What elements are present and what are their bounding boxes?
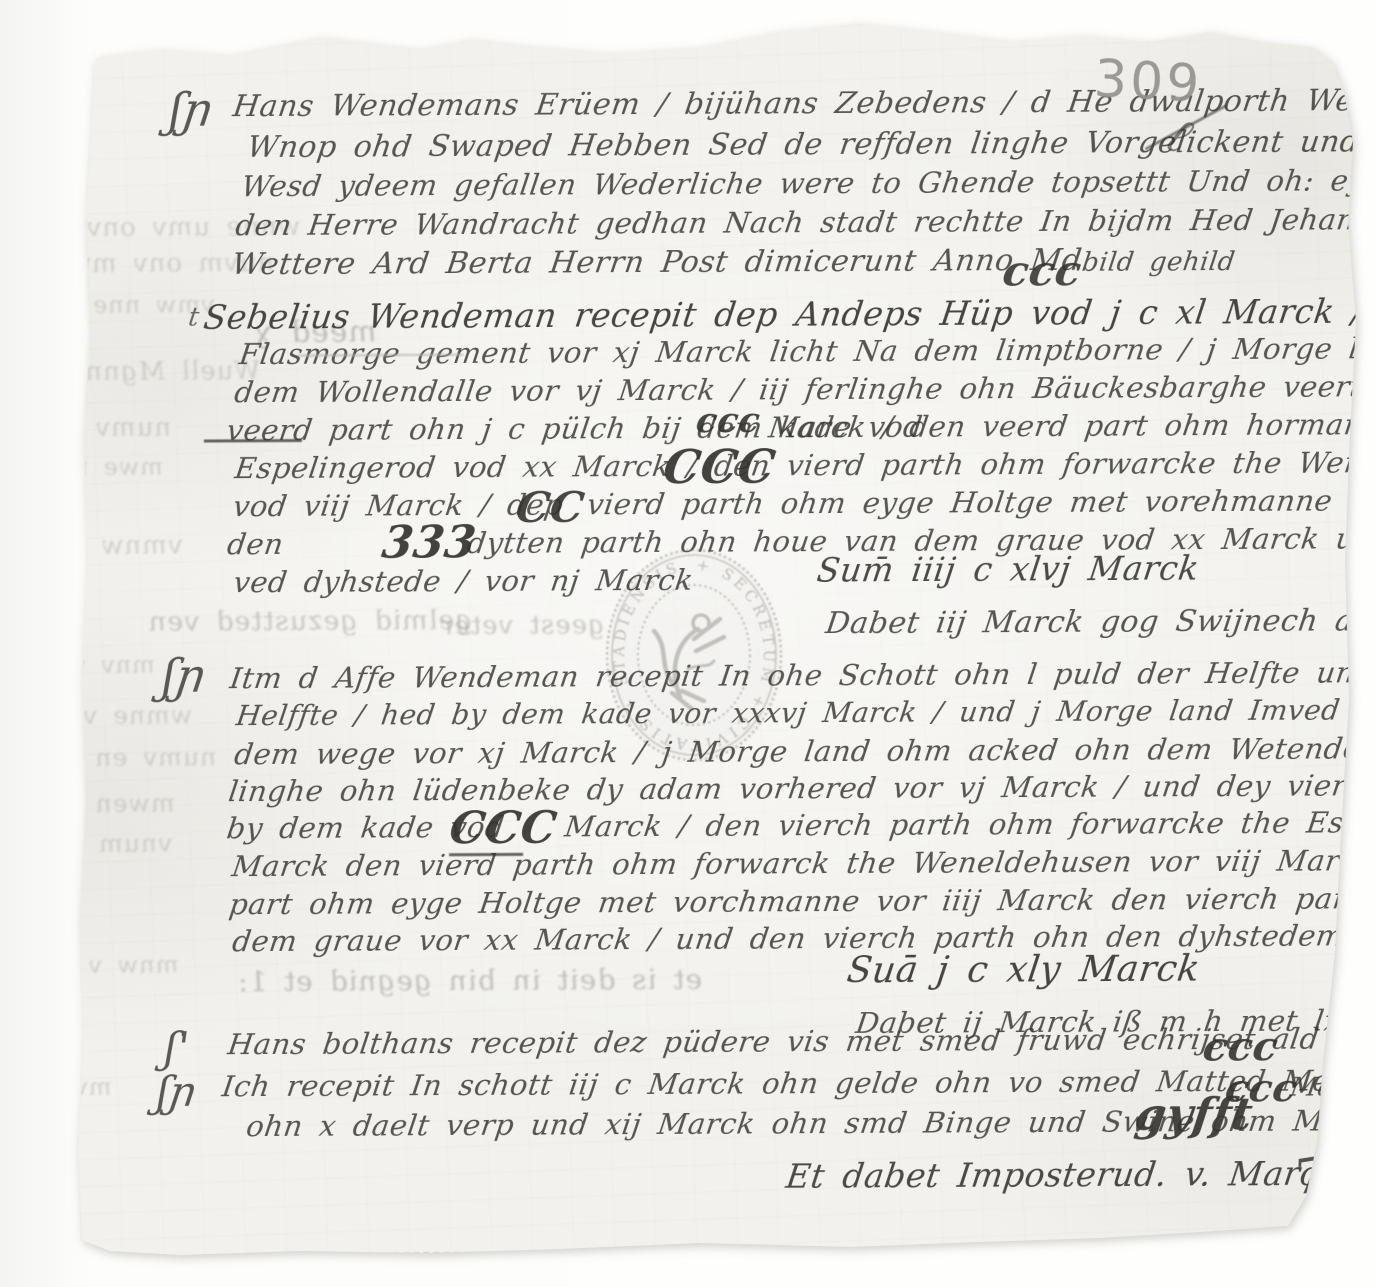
ink-stroke	[4, 1102, 18, 1114]
ink-stroke	[393, 1249, 1023, 1254]
manuscript-line: dem wege vor xj Marck / j Morge land ohm…	[233, 733, 1376, 770]
ink-stroke	[449, 853, 523, 856]
manuscript-line: 333	[379, 521, 478, 566]
manuscript-line: ccc	[1201, 1027, 1281, 1067]
manuscript-line: bild gehild	[1080, 249, 1236, 276]
manuscript-text-layer: ʃɲHans Wendemans Erüem / bijühans Zebede…	[0, 0, 1376, 1287]
manuscript-line: dem graue vor xx Marck / und den vierch …	[231, 920, 1376, 956]
manuscript-line: CC	[513, 487, 587, 529]
manuscript-line: linghe ohn lüdenbeke dy adam vorhered vo…	[227, 770, 1376, 807]
manuscript-line: Flasmorge gement vor xj Marck licht Na d…	[237, 333, 1376, 370]
manuscript-line: den	[225, 530, 285, 559]
manuscript-line: CCC	[661, 444, 779, 491]
manuscript-line: part ohm eyge Holtge met vorchmanne vor …	[227, 883, 1376, 919]
page-number-pencil: 309	[1093, 49, 1204, 115]
folio-number: 78	[1290, 1142, 1359, 1207]
manuscript-line: Sebelius Wendeman recepit dep Andeps Hüp…	[202, 292, 1376, 333]
manuscript-line: Suā j c xly Marck	[845, 951, 1202, 989]
manuscript-line: Marck / den veerd part ohm hormarke the	[767, 410, 1376, 443]
manuscript-line: ʃ'	[162, 1027, 192, 1069]
manuscript-line: Et dabet Imposterud. v. Marck iiij ß	[784, 1156, 1376, 1192]
manuscript-line: ved dyhstede / vor nj Marck	[232, 566, 695, 597]
manuscript-line: Marck den vierd parth ohm forwarck the W…	[230, 845, 1376, 881]
manuscript-line: gyfft	[1132, 1093, 1255, 1138]
manuscript-line: Wesd ydeem gefallen Wederliche were to G…	[240, 165, 1376, 202]
ink-stroke	[204, 439, 302, 442]
manuscript-line: CCC	[447, 807, 560, 852]
manuscript-line: ʃɲ	[155, 1071, 200, 1113]
manuscript-line: Itm d Affe Wendeman recepit In ohe Schot…	[228, 657, 1376, 694]
manuscript-line: ccc	[694, 404, 762, 438]
ink-stroke	[2, 640, 12, 645]
manuscript-line: ʃɲ	[160, 653, 209, 699]
manuscript-line: Wnop ohd Swaped Hebben Sed de reffden li…	[245, 126, 1376, 164]
manuscript-line: Wettere Ard Berta Herrn Post dimicerunt …	[230, 246, 1084, 280]
manuscript-line: Helffte / hed by dem kade vor xxxvj Marc…	[235, 695, 1376, 731]
manuscript-line: t	[187, 305, 201, 331]
manuscript-line: Marck / den vierch parth ohm forwarcke t…	[563, 807, 1376, 842]
manuscript-line: vierd parth ohm eyge Holtge met vorehman…	[585, 485, 1376, 519]
manuscript-paper: wnne umv onvnuvm onv mwvmw nnemeed ɣWuel…	[0, 0, 1376, 1287]
manuscript-line: Dabet iij Marck gog Swijnech aie den for…	[824, 605, 1376, 639]
manuscript-line: den Herre Wandracht gedhan Nach stadt re…	[234, 204, 1376, 240]
manuscript-line: Marck	[1289, 1074, 1376, 1100]
manuscript-line: Sum̄ iiij c xlvj Marck	[815, 551, 1201, 586]
scan-background: wnne umv onvnuvm onv mwvmw nnemeed ɣWuel…	[0, 0, 1376, 1287]
manuscript-line: ʃɲ	[167, 86, 216, 132]
manuscript-line: ccc	[1000, 250, 1084, 292]
manuscript-line: dem Wollendalle vor vj Marck / iij ferli…	[233, 371, 1376, 408]
manuscript-line: vierd parth ohm forwarcke the Weneldehus…	[785, 448, 1376, 481]
